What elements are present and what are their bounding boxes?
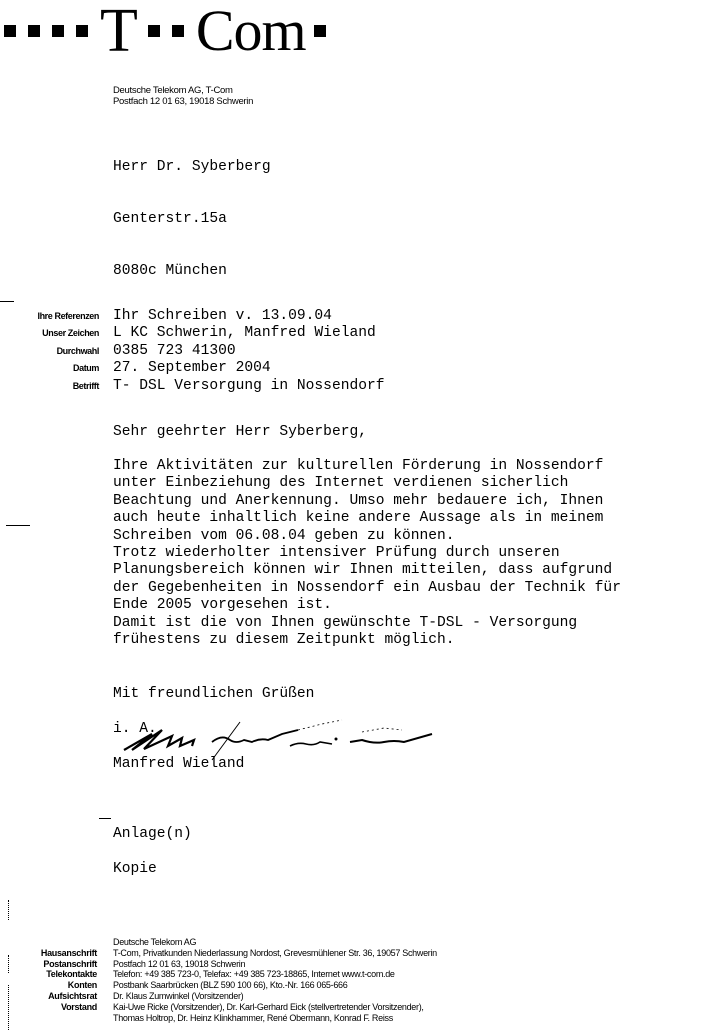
reference-block: Ihre ReferenzenIhr Schreiben v. 13.09.04… [0,308,385,395]
footer-row: PostanschriftPostfach 12 01 63, 19018 Sc… [0,959,437,970]
fold-mark [6,525,30,526]
footer-label: Konten [0,980,113,991]
letter-body: Ihre Aktivitäten zur kulturellen Förderu… [113,458,621,649]
closing: Mit freundlichen Grüßen [113,686,314,703]
footer-row: AufsichtsratDr. Klaus Zumwinkel (Vorsitz… [0,991,437,1002]
footer-value: Postbank Saarbrücken (BLZ 590 100 66), K… [113,980,347,991]
reference-row: Datum27. September 2004 [0,360,385,377]
logo-dot [148,25,160,37]
body-line: der Gegebenheiten in Nossendorf ein Ausb… [113,580,621,597]
reference-label: Betrifft [0,378,113,395]
sender-line: Deutsche Telekom AG, T-Com [113,85,253,96]
footer-row: TelekontakteTelefon: +49 385 723-0, Tele… [0,969,437,980]
footer-value: Thomas Holtrop, Dr. Heinz Klinkhammer, R… [113,1013,393,1024]
reference-row: Ihre ReferenzenIhr Schreiben v. 13.09.04 [0,308,385,325]
reference-value: L KC Schwerin, Manfred Wieland [113,325,376,342]
logo-dot [172,25,184,37]
footer-label: Postanschrift [0,959,113,970]
body-line: Damit ist die von Ihnen gewünschte T-DSL… [113,615,621,632]
footer-value: Postfach 12 01 63, 19018 Schwerin [113,959,245,970]
body-line: Beachtung und Anerkennung. Umso mehr bed… [113,493,621,510]
body-line: auch heute inhaltlich keine andere Aussa… [113,510,621,527]
body-line: unter Einbeziehung des Internet verdiene… [113,475,621,492]
footer-company-name: Deutsche Telekom AG [113,937,196,948]
t-com-logo: T Com [4,2,338,60]
logo-dot [314,25,326,37]
salutation: Sehr geehrter Herr Syberberg, [113,424,367,441]
signature-icon [122,712,442,762]
recipient-city: 8080c München [113,263,271,280]
footer-row: HausanschriftT-Com, Privatkunden Niederl… [0,948,437,959]
fold-mark [0,301,14,302]
recipient-address: Herr Dr. Syberberg Genterstr.15a 8080c M… [113,124,271,298]
reference-label: Ihre Referenzen [0,308,113,325]
footer-company-row: Deutsche Telekom AG [0,937,437,948]
copy-note: Kopie [113,861,157,878]
logo-brand-name: Com [196,2,306,60]
footer-value: Dr. Klaus Zumwinkel (Vorsitzender) [113,991,243,1002]
reference-label: Durchwahl [0,343,113,360]
fold-mark [99,818,111,819]
logo-dot [4,25,16,37]
footer-label: Aufsichtsrat [0,991,113,1002]
body-line: Trotz wiederholter intensiver Prüfung du… [113,545,621,562]
body-line: Ende 2005 vorgesehen ist. [113,597,621,614]
margin-dots [8,900,11,920]
body-line: Planungsbereich können wir Ihnen mitteil… [113,562,621,579]
signer-name: Manfred Wieland [113,756,244,773]
footer-label: Telekontakte [0,969,113,980]
logo-t-mark: T [100,2,138,60]
reference-value: Ihr Schreiben v. 13.09.04 [113,308,332,325]
footer-label: Hausanschrift [0,948,113,959]
reference-label: Unser Zeichen [0,325,113,342]
reference-value: 0385 723 41300 [113,343,236,360]
footer-label: Vorstand [0,1002,113,1013]
body-line: Ihre Aktivitäten zur kulturellen Förderu… [113,458,621,475]
reference-value: T- DSL Versorgung in Nossendorf [113,378,385,395]
footer-value: Kai-Uwe Ricke (Vorsitzender), Dr. Karl-G… [113,1002,424,1013]
body-line: Schreiben vom 06.08.04 geben zu können. [113,528,621,545]
footer-row: Thomas Holtrop, Dr. Heinz Klinkhammer, R… [0,1013,437,1024]
company-footer: Deutsche Telekom AG HausanschriftT-Com, … [0,937,437,1023]
logo-dot [52,25,64,37]
body-line: frühestens zu diesem Zeitpunkt möglich. [113,632,621,649]
reference-row: Unser ZeichenL KC Schwerin, Manfred Wiel… [0,325,385,342]
reference-row: Durchwahl0385 723 41300 [0,343,385,360]
recipient-name: Herr Dr. Syberberg [113,159,271,176]
reference-label: Datum [0,360,113,377]
reference-value: 27. September 2004 [113,360,271,377]
logo-dot [28,25,40,37]
footer-row: KontenPostbank Saarbrücken (BLZ 590 100 … [0,980,437,991]
footer-value: Telefon: +49 385 723-0, Telefax: +49 385… [113,969,395,980]
footer-row: VorstandKai-Uwe Ricke (Vorsitzender), Dr… [0,1002,437,1013]
recipient-street: Genterstr.15a [113,211,271,228]
attachment-note: Anlage(n) [113,826,192,843]
reference-row: BetrifftT- DSL Versorgung in Nossendorf [0,378,385,395]
footer-value: T-Com, Privatkunden Niederlassung Nordos… [113,948,437,959]
logo-dot [76,25,88,37]
sender-line: Postfach 12 01 63, 19018 Schwerin [113,96,253,107]
sender-return-address: Deutsche Telekom AG, T-Com Postfach 12 0… [113,85,253,107]
